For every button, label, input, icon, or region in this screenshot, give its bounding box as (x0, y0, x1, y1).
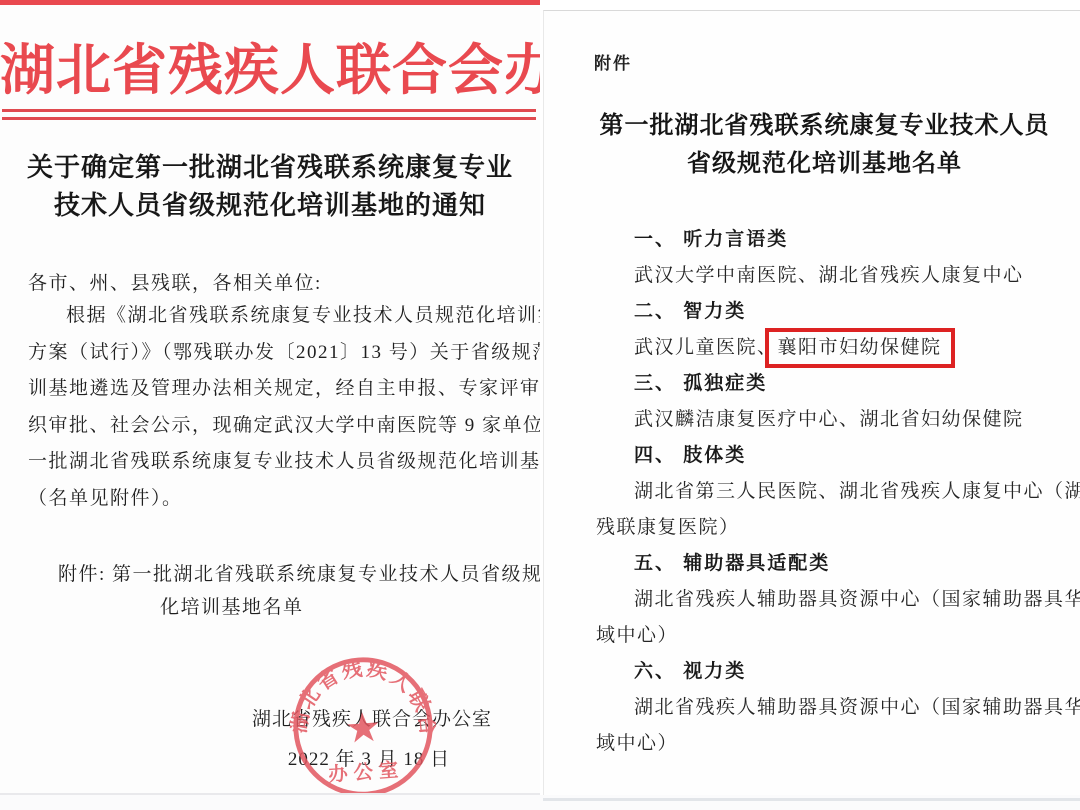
attachment-page: 附件 第一批湖北省残联系统康复专业技术人员 省级规范化培训基地名单 一、 听力言… (543, 10, 1080, 798)
body-line: 一批湖北省残联系统康复专业技术人员省级规范化培训基地 (28, 444, 540, 481)
base-list: 一、 听力言语类 武汉大学中南医院、湖北省残疾人康复中心 二、 智力类 武汉儿童… (544, 222, 1080, 762)
body-line: 织审批、社会公示，现确定武汉大学中南医院等 9 家单位为第 (28, 408, 540, 445)
star-icon: ★ (343, 704, 383, 751)
base-entry: 武汉大学中南医院、湖北省残疾人康复中心 (544, 258, 1080, 294)
notice-body: 根据《湖北省残联系统康复专业技术人员规范化培训实施 方案（试行）》（鄂残联办发〔… (28, 298, 540, 517)
attachment-label: 附件 (594, 49, 632, 74)
highlighted-base-red-box: 襄阳市妇幼保健院 (765, 328, 955, 368)
base-entry: 武汉麟洁康复医疗中心、湖北省妇幼保健院 (544, 402, 1080, 438)
category-heading: 一、 听力言语类 (544, 222, 1080, 258)
notice-page: 湖北省残疾人联合会办公室 关于确定第一批湖北省残联系统康复专业 技术人员省级规范… (0, 0, 540, 795)
category-heading: 四、 肢体类 (544, 438, 1080, 474)
notice-title: 关于确定第一批湖北省残联系统康复专业 技术人员省级规范化培训基地的通知 (0, 149, 540, 225)
letterhead-title: 湖北省残疾人联合会办公室 (0, 26, 540, 104)
base-entry: 湖北省第三人民医院、湖北省残疾人康复中心（湖北省 (544, 474, 1080, 510)
notice-title-line1: 关于确定第一批湖北省残联系统康复专业 (0, 149, 540, 187)
attachment-title-line1: 第一批湖北省残联系统康复专业技术人员 (568, 107, 1080, 145)
base-entry-wrap: 域中心） (544, 618, 1080, 654)
document-scan: 湖北省残疾人联合会办公室 关于确定第一批湖北省残联系统康复专业 技术人员省级规范… (0, 0, 1080, 810)
base-entry: 湖北省残疾人辅助器具资源中心（国家辅助器具华中区 (544, 690, 1080, 726)
attachment-title-line2: 省级规范化培训基地名单 (568, 145, 1080, 183)
base-entry-prefix: 武汉儿童医院、 (634, 337, 778, 358)
seal-bottom-text: 办公室 (327, 758, 404, 786)
right-page-bottom-edge (543, 798, 1080, 801)
category-heading: 二、 智力类 (544, 294, 1080, 330)
base-entry-wrap: 残联康复医院） (544, 510, 1080, 546)
masthead-top-bar (0, 0, 540, 5)
category-heading: 三、 孤独症类 (544, 366, 1080, 402)
base-entry: 湖北省残疾人辅助器具资源中心（国家辅助器具华中区 (544, 582, 1080, 618)
category-heading: 五、 辅助器具适配类 (544, 546, 1080, 582)
attachment-reference-line2: 化培训基地名单 (160, 592, 304, 619)
body-line: 方案（试行）》（鄂残联办发〔2021〕13 号）关于省级规范化培 (28, 335, 540, 372)
category-heading: 六、 视力类 (544, 654, 1080, 690)
notice-title-line2: 技术人员省级规范化培训基地的通知 (0, 187, 540, 225)
body-line: （名单见附件）。 (28, 481, 540, 518)
base-entry: 武汉儿童医院、襄阳市妇幼保健院 (544, 330, 1080, 366)
letterhead-double-rule (2, 109, 536, 120)
body-line: 训基地遴选及管理办法相关规定，经自主申报、专家评审、组 (28, 371, 540, 408)
attachment-reference-line1: 附件: 第一批湖北省残联系统康复专业技术人员省级规范 (58, 559, 540, 586)
attachment-title: 第一批湖北省残联系统康复专业技术人员 省级规范化培训基地名单 (544, 107, 1080, 183)
base-entry-wrap: 域中心） (544, 726, 1080, 762)
body-line: 根据《湖北省残联系统康复专业技术人员规范化培训实施 (28, 298, 540, 335)
official-seal: 湖北省残疾人联合会 ★ 办公室 (285, 649, 441, 795)
salutation: 各市、州、县残联，各相关单位: (28, 268, 322, 295)
